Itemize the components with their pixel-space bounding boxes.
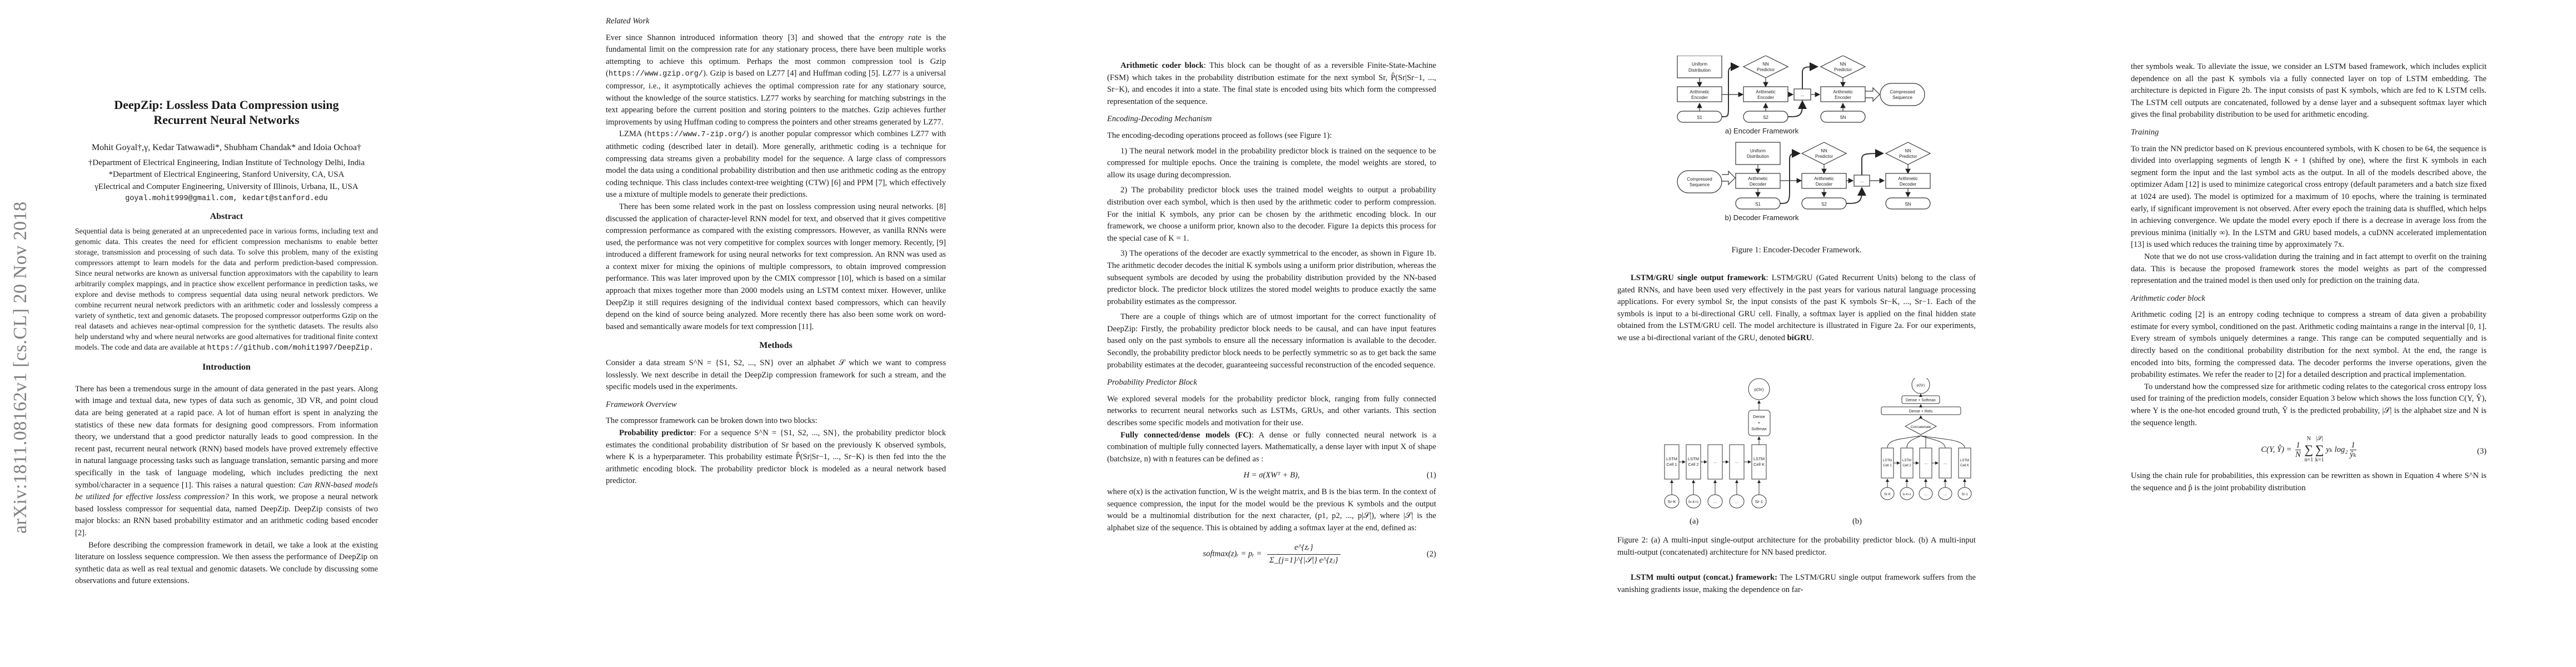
svg-text:...: ...: [1713, 499, 1717, 504]
framework-paragraph-1: The compressor framework can be broken d…: [606, 415, 946, 427]
abstract-text: Sequential data is being generated at an…: [75, 226, 378, 354]
svg-text:LSTM: LSTM: [1753, 456, 1765, 461]
svg-text:S2: S2: [1821, 202, 1827, 207]
svg-text:Uniform: Uniform: [1750, 148, 1766, 153]
affiliation: †Department of Electrical Engineering, I…: [75, 157, 378, 170]
svg-text:Distribution: Distribution: [1747, 154, 1769, 159]
svg-text:Predictor: Predictor: [1899, 154, 1917, 159]
svg-text:LSTM: LSTM: [1688, 456, 1699, 461]
author-list: Mohit Goyal†,γ, Kedar Tatwawadi*, Shubha…: [75, 142, 378, 154]
page5-column: ther symbols weak. To alleviate the issu…: [2131, 61, 2487, 494]
svg-text:Cell 1: Cell 1: [1883, 464, 1892, 467]
svg-text:Cell 2: Cell 2: [1902, 464, 1911, 467]
encoder-decoder-diagram: Uniform Distribution ArithmeticEncoder S…: [1673, 56, 1940, 245]
svg-text:NN: NN: [1905, 148, 1911, 153]
figure-2-architectures: p(Sr) Dense + Softmax LSTMCell 1 LSTMCel…: [1634, 378, 1979, 511]
methods-paragraph-1: Consider a data stream S^N = {S1, S2, ..…: [606, 357, 946, 394]
page2-column: Related Work Ever since Shannon introduc…: [606, 16, 946, 487]
svg-text:Predictor: Predictor: [1815, 154, 1833, 159]
arithmetic-coder-paragraph: Arithmetic coder block: This block can b…: [1107, 60, 1436, 108]
svg-text:Dense: Dense: [1753, 414, 1765, 419]
related-work-paragraph-2: LZMA (https://www.7-zip.org/) is another…: [606, 128, 946, 201]
svg-text:Decoder: Decoder: [1816, 182, 1833, 187]
svg-text:...: ...: [1735, 499, 1738, 504]
encoding-step-2: 2) The probability predictor block uses …: [1107, 185, 1436, 245]
equation-number: (2): [1427, 549, 1436, 561]
svg-text:SN: SN: [1905, 202, 1911, 207]
svg-text:LSTM: LSTM: [1666, 456, 1677, 461]
author-emails: goyal.mohit999@gmail.com, kedart@stanfor…: [75, 193, 378, 205]
svg-text:p(Sr): p(Sr): [1917, 384, 1925, 387]
svg-text:Sr-K+1: Sr-K+1: [1902, 493, 1911, 496]
svg-text:Sr-K+1: Sr-K+1: [1688, 501, 1700, 504]
framework-overview-heading: Framework Overview: [606, 399, 946, 411]
figure-2-caption: Figure 2: (a) A multi-input single-outpu…: [1617, 535, 1976, 559]
svg-text:...: ...: [1944, 491, 1947, 496]
lstm-single-output-paragraph: LSTM/GRU single output framework: LSTM/G…: [1617, 272, 1976, 345]
svg-text:Sr-1: Sr-1: [1961, 493, 1968, 496]
lstm-multi-output-paragraph: LSTM multi output (concat.) framework: T…: [1617, 572, 1976, 596]
svg-text:...: ...: [1924, 460, 1927, 465]
svg-text:...: ...: [1713, 459, 1717, 464]
svg-text:NN: NN: [1821, 148, 1827, 153]
svg-text:Sequence: Sequence: [1892, 95, 1913, 100]
svg-text:...: ...: [1735, 459, 1738, 464]
svg-text:Decoder: Decoder: [1750, 182, 1767, 187]
related-work-heading: Related Work: [606, 16, 946, 28]
svg-text:LSTM: LSTM: [1902, 459, 1911, 462]
title-line-1: DeepZip: Lossless Data Compression using: [75, 97, 378, 112]
svg-text:Compressed: Compressed: [1687, 177, 1712, 182]
svg-text:Distribution: Distribution: [1688, 68, 1711, 73]
intro-paragraph-2: Before describing the compression framew…: [75, 540, 378, 588]
svg-text:Softmax: Softmax: [1751, 426, 1767, 431]
probability-predictor-intro: We explored several models for the proba…: [1107, 394, 1436, 430]
svg-text:Sr-K: Sr-K: [1668, 499, 1676, 504]
svg-text:NN: NN: [1762, 62, 1769, 67]
code-link[interactable]: https://github.com/mohit1997/DeepZip.: [207, 344, 374, 352]
encoding-step-3: 3) The operations of the decoder are exa…: [1107, 248, 1436, 308]
paper-title: DeepZip: Lossless Data Compression using…: [75, 97, 378, 127]
svg-text:...: ...: [1924, 491, 1927, 496]
svg-text:S1: S1: [1755, 202, 1761, 207]
figure-1-caption: Figure 1: Encoder-Decoder Framework.: [1617, 245, 1976, 257]
introduction-heading: Introduction: [75, 361, 378, 374]
arxiv-stamp: arXiv:1811.08162v1 [cs.CL] 20 Nov 2018: [10, 201, 31, 534]
svg-text:Arithmetic: Arithmetic: [1898, 176, 1918, 181]
fc-explanation-paragraph: where σ(x) is the activation function, W…: [1107, 486, 1436, 534]
arithmetic-coder-paragraph-3: Using the chain rule for probabilities, …: [2131, 470, 2487, 494]
affiliation: *Department of Electrical Engineering, S…: [75, 169, 378, 181]
figure-1-encoder-decoder: Uniform Distribution ArithmeticEncoder S…: [1673, 56, 1940, 245]
encoding-decoding-intro: The encoding-decoding operations proceed…: [1107, 130, 1436, 142]
svg-text:LSTM: LSTM: [1960, 459, 1969, 462]
svg-text:Arithmetic: Arithmetic: [1814, 176, 1834, 181]
arithmetic-coder-paragraph-1: Arithmetic coding [2] is an entropy codi…: [2131, 309, 2487, 381]
svg-text:Sequence: Sequence: [1690, 182, 1710, 187]
page4-column: LSTM/GRU single output framework: LSTM/G…: [1617, 272, 1976, 345]
training-paragraph-2: Note that we do not use cross-validation…: [2131, 251, 2487, 287]
svg-text:p(Sr): p(Sr): [1755, 387, 1764, 392]
arithmetic-coder-heading: Arithmetic coder block: [2131, 293, 2487, 305]
svg-text:Sr-1: Sr-1: [1755, 499, 1763, 504]
decoder-framework-label: b) Decoder Framework: [1725, 213, 1799, 222]
svg-text:Cell 1: Cell 1: [1666, 462, 1677, 467]
equation-3: C(Y, Ŷ) = 1 N N ∑ n=1 |𝒮| ∑ k=1 yₖ log₂ …: [2131, 435, 2487, 465]
svg-text:S2: S2: [1763, 115, 1768, 120]
svg-text:Encoder: Encoder: [1835, 95, 1851, 100]
probability-predictor-heading: Probability Predictor Block: [1107, 377, 1436, 389]
gzip-link[interactable]: https://www.gzip.org/: [609, 70, 703, 78]
svg-text:...: ...: [1944, 460, 1947, 465]
svg-text:LSTM: LSTM: [1883, 459, 1892, 462]
probability-predictor-paragraph: Probability predictor: For a sequence S^…: [606, 427, 946, 487]
svg-text:Cell 2: Cell 2: [1688, 462, 1698, 467]
abstract-heading: Abstract: [75, 211, 378, 223]
svg-text:Encoder: Encoder: [1691, 95, 1708, 100]
encoding-decoding-heading: Encoding-Decoding Mechanism: [1107, 113, 1436, 126]
lstm-multi-continuation: ther symbols weak. To alleviate the issu…: [2131, 61, 2487, 121]
svg-text:Compressed: Compressed: [1890, 89, 1915, 94]
svg-text:Decoder: Decoder: [1900, 182, 1917, 187]
uniform-distribution-label: Uniform: [1692, 62, 1707, 67]
page3-column: Arithmetic coder block: This block can b…: [1107, 60, 1436, 571]
svg-text:Arithmetic: Arithmetic: [1690, 89, 1710, 94]
equation-number: (3): [2477, 447, 2487, 456]
svg-text:Arithmetic: Arithmetic: [1756, 89, 1776, 94]
svg-text:Predictor: Predictor: [1757, 67, 1775, 72]
svg-text:...: ...: [1801, 92, 1805, 97]
equation-number: (1): [1427, 470, 1436, 482]
intro-paragraph-1: There has been a tremendous surge in the…: [75, 384, 378, 540]
svg-text:Sr-K: Sr-K: [1884, 493, 1891, 496]
svg-text:Encoder: Encoder: [1757, 95, 1774, 100]
lstm-architecture-diagram: p(Sr) Dense + Softmax LSTMCell 1 LSTMCel…: [1634, 378, 1979, 511]
equation-1: H = σ(XWᵀ + B), (1): [1107, 470, 1436, 482]
related-work-paragraph-1: Ever since Shannon introduced informatio…: [606, 32, 946, 129]
methods-heading: Methods: [606, 340, 946, 352]
svg-text:Cell K: Cell K: [1753, 462, 1765, 467]
svg-text:Arithmetic: Arithmetic: [1748, 176, 1768, 181]
important-things-paragraph: There are a couple of things which are o…: [1107, 311, 1436, 371]
figure-2-subcaption-b: (b): [1852, 516, 1862, 528]
7zip-link[interactable]: https://www.7-zip.org/: [647, 131, 746, 139]
equation-2: softmax(z)ᵣ = pᵣ = e^{zᵣ} Σ_{j=1}^{|𝒮|} …: [1107, 542, 1436, 566]
title-line-2: Recurrent Neural Networks: [75, 112, 378, 127]
training-heading: Training: [2131, 127, 2487, 139]
svg-text:NN: NN: [1840, 62, 1846, 67]
encoding-step-1: 1) The neural network model in the proba…: [1107, 146, 1436, 182]
svg-text:Cell K: Cell K: [1960, 464, 1969, 467]
svg-text:Arithmetic: Arithmetic: [1833, 89, 1853, 94]
arithmetic-coder-paragraph-2: To understand how the compressed size fo…: [2131, 381, 2487, 429]
affiliation-list: †Department of Electrical Engineering, I…: [75, 157, 378, 205]
svg-text:Concatenate: Concatenate: [1911, 425, 1931, 429]
svg-text:+: +: [1758, 420, 1761, 425]
page4-column-lower: Figure 2: (a) A multi-input single-outpu…: [1617, 535, 1976, 596]
page1-column: DeepZip: Lossless Data Compression using…: [75, 0, 378, 588]
encoder-framework-label: a) Encoder Framework: [1725, 127, 1799, 135]
figure-2-subcaption-a: (a): [1690, 516, 1698, 528]
svg-text:Dense + Softmax: Dense + Softmax: [1906, 399, 1936, 402]
affiliation: γElectrical and Computer Engineering, Un…: [75, 181, 378, 193]
svg-text:Predictor: Predictor: [1834, 67, 1852, 72]
related-work-paragraph-3: There has been some related work in the …: [606, 201, 946, 333]
svg-text:Dense + Relu: Dense + Relu: [1909, 410, 1933, 414]
training-paragraph-1: To train the NN predictor based on K pre…: [2131, 143, 2487, 251]
svg-text:SN: SN: [1840, 115, 1846, 120]
svg-text:S1: S1: [1697, 115, 1702, 120]
svg-text:...: ...: [1860, 178, 1864, 183]
fully-connected-paragraph: Fully connected/dense models (FC): A den…: [1107, 430, 1436, 466]
